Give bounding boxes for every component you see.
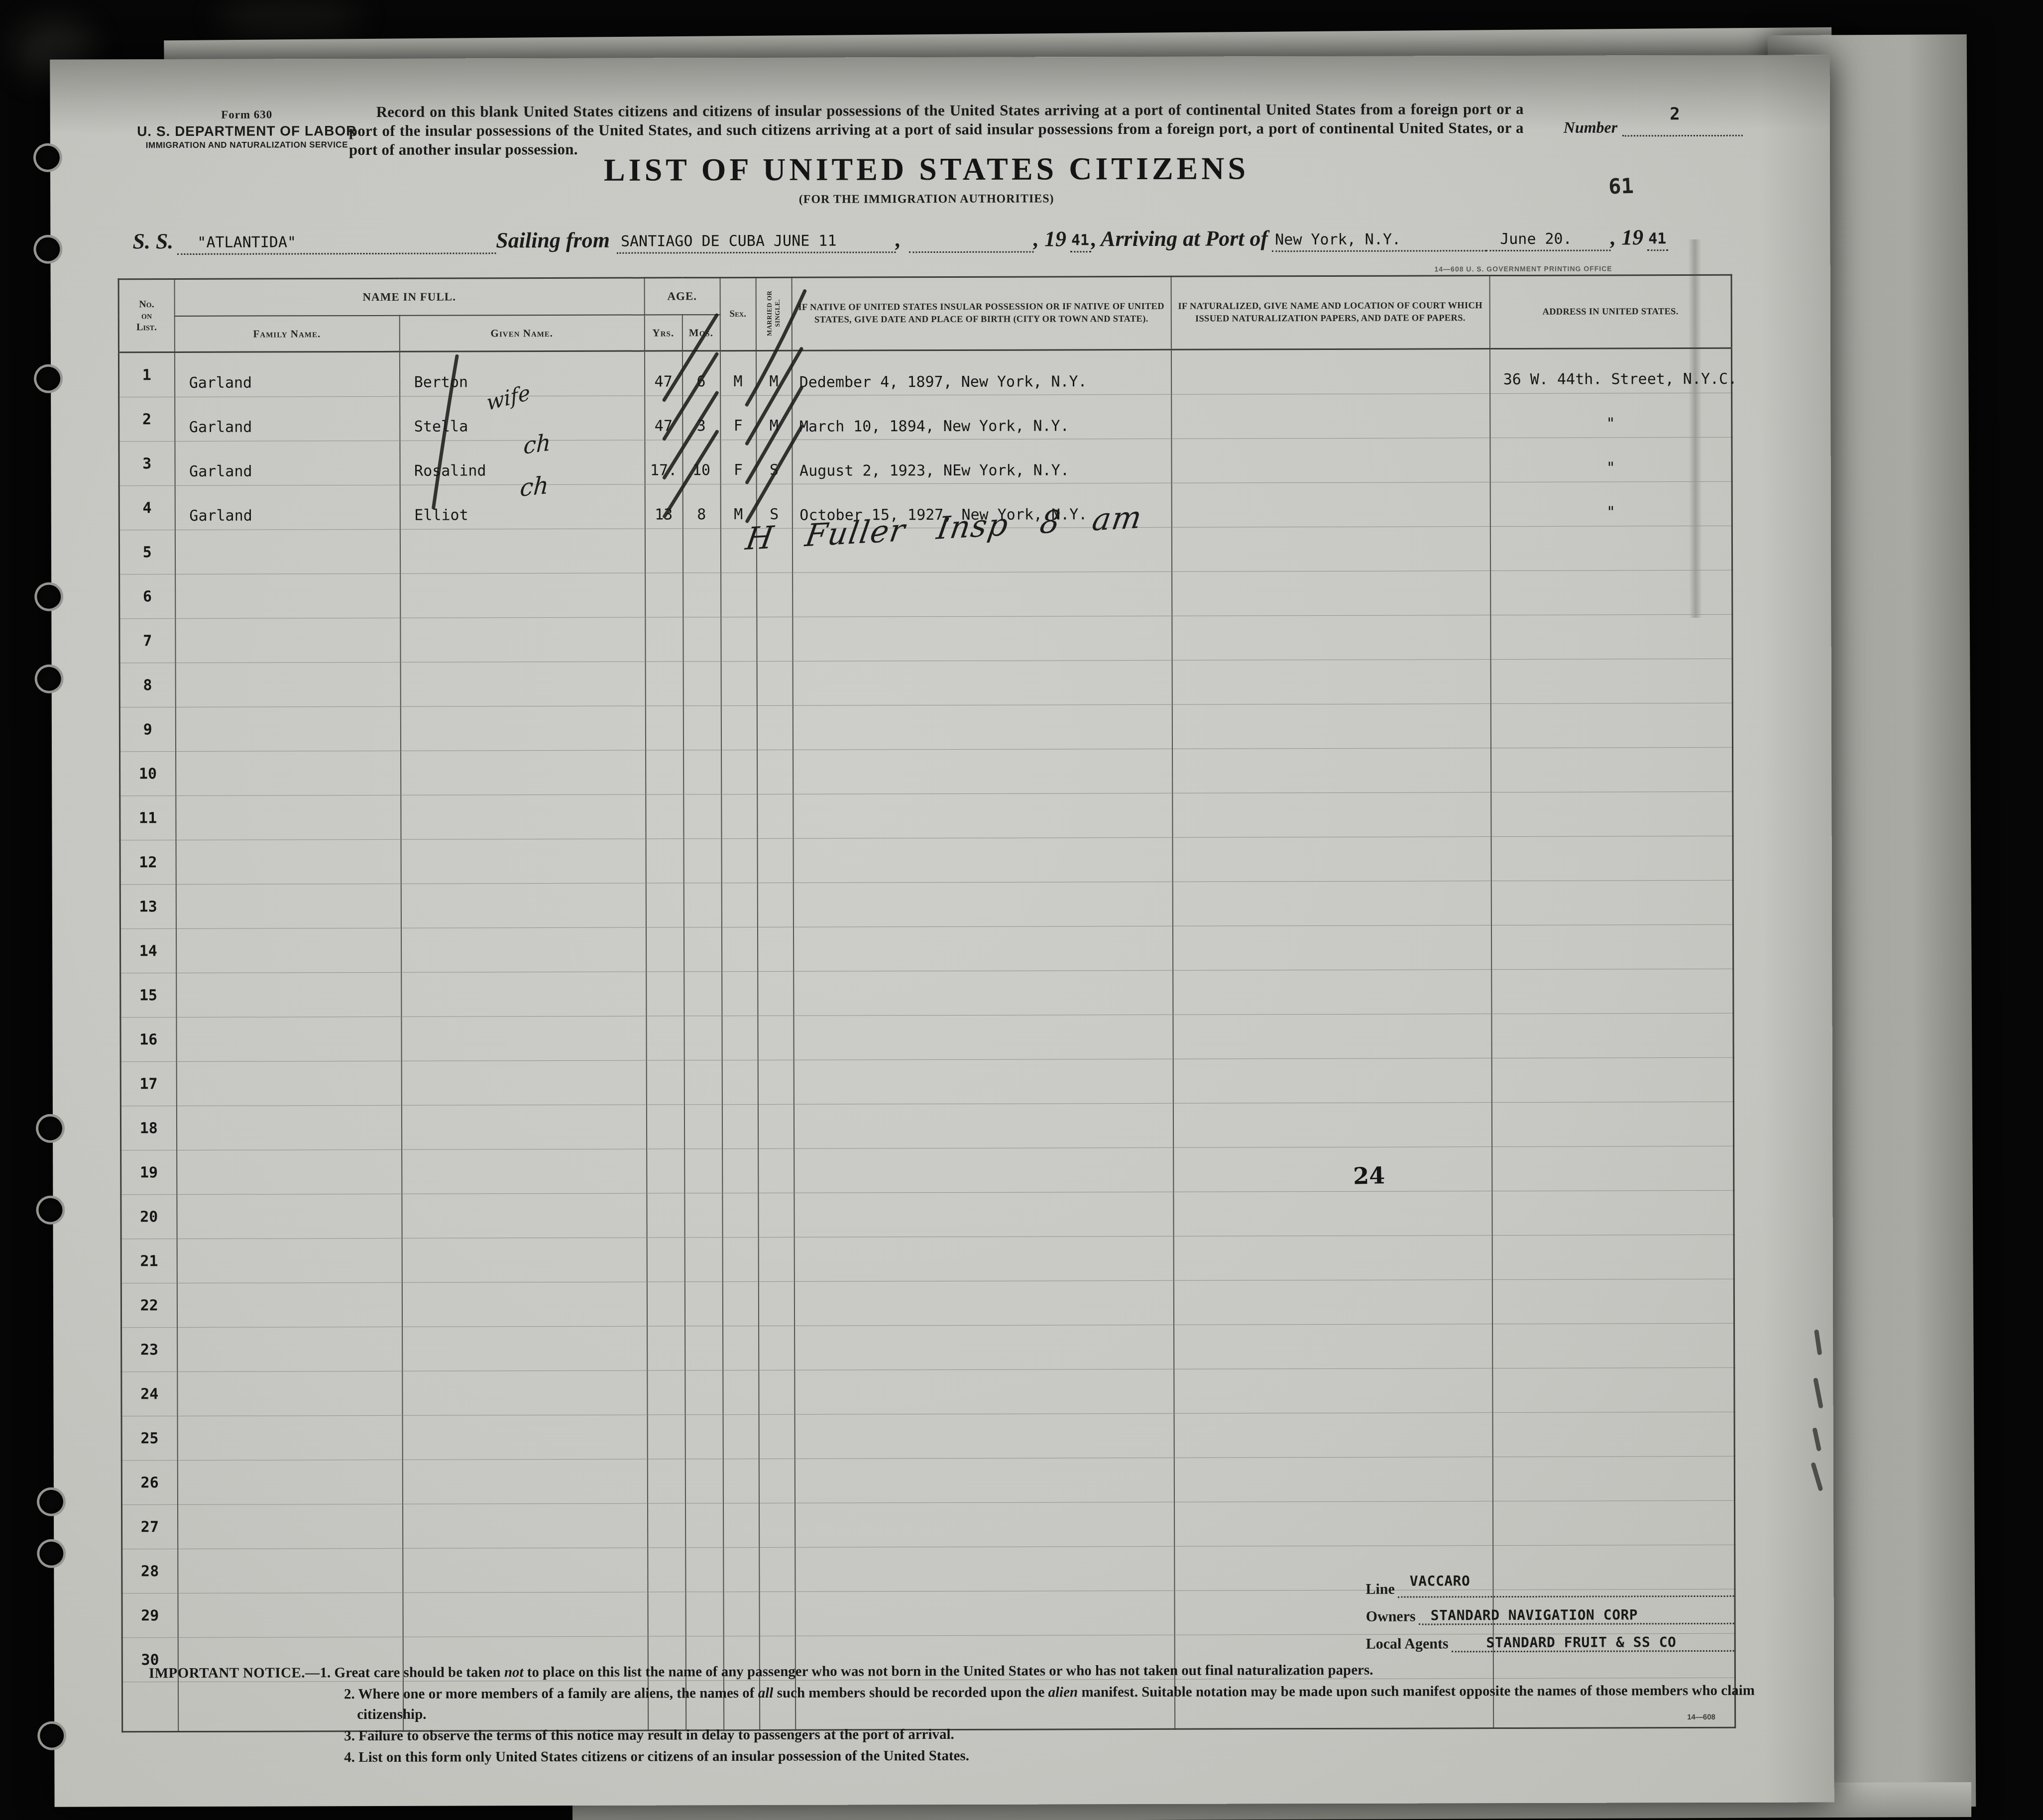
notice-item: 2. Where one or more members of a family…: [149, 1681, 1792, 1726]
cell-family: [175, 618, 400, 663]
cell-naturalized: [1171, 349, 1489, 395]
cell-no: 19: [121, 1150, 177, 1195]
cell-no: 12: [120, 840, 176, 885]
form-id-block: Form 630 U. S. DEPARTMENT OF LABOR IMMIG…: [120, 108, 374, 150]
cell-address: [1490, 570, 1732, 615]
cell-naturalized: [1174, 1501, 1493, 1547]
cell-yrs: [647, 1282, 684, 1326]
cell-mos: 6: [682, 351, 720, 396]
cell-sex: [721, 838, 757, 883]
cell-married: [759, 1547, 795, 1592]
cell-address: [1491, 924, 1733, 969]
table-row: 26: [121, 1456, 1734, 1504]
cell-married: [757, 705, 793, 750]
cell-married: S: [756, 440, 792, 484]
header-yrs: Yrs.: [644, 315, 682, 351]
arriving-label: Arriving at Port of: [1101, 226, 1272, 252]
cell-address: [1492, 1146, 1734, 1191]
cell-sex: [722, 1148, 758, 1193]
edge-pen-marks: [1813, 1332, 1821, 1488]
cell-mos: [683, 927, 721, 972]
cell-sex: [721, 927, 757, 971]
cell-family: [175, 529, 400, 574]
cell-naturalized: [1171, 438, 1490, 483]
cell-married: [758, 1060, 794, 1104]
cell-address: [1492, 1323, 1734, 1368]
cell-sex: [722, 1060, 758, 1104]
table-row: 18: [120, 1102, 1733, 1150]
cell-given: [402, 1326, 647, 1371]
number-field: Number 2: [1564, 115, 1743, 137]
cell-family: [177, 1327, 402, 1371]
agents-label: Local Agents: [1366, 1635, 1449, 1652]
cell-family: [176, 1061, 401, 1106]
table-row: 20: [121, 1190, 1734, 1239]
number-label: Number: [1564, 118, 1618, 136]
cell-yrs: [645, 706, 683, 750]
cell-no: 5: [119, 530, 175, 574]
cell-naturalized: [1172, 793, 1491, 838]
cell-birth: [794, 1413, 1174, 1459]
table-row: 11: [120, 792, 1733, 840]
cell-sex: [723, 1547, 759, 1592]
cell-given: [402, 1282, 647, 1327]
arriving-port: New York, N.Y.: [1275, 231, 1401, 249]
line-value: VACCARO: [1410, 1573, 1471, 1589]
cell-yrs: [648, 1592, 685, 1636]
cell-no: 15: [120, 973, 176, 1018]
cell-sex: [723, 1414, 759, 1459]
number-value: 2: [1670, 104, 1680, 124]
header-name-in-full: NAME IN FULL.: [174, 278, 644, 316]
cell-no: 14: [120, 929, 176, 973]
cell-yrs: [646, 927, 683, 972]
cell-address: [1491, 880, 1733, 925]
cell-birth: March 10, 1894, New York, N.Y.: [792, 394, 1171, 440]
punch-hole: [35, 665, 64, 693]
cell-no: 8: [119, 663, 175, 707]
cell-given: [402, 1193, 647, 1238]
cell-family: [178, 1548, 403, 1593]
sailing-from-field: SANTIAGO DE CUBA JUNE 11: [617, 226, 896, 253]
cell-family: [176, 884, 401, 928]
cell-address: 36 W. 44th. Street, N.Y.C.: [1489, 348, 1731, 393]
cell-sex: [722, 1281, 758, 1326]
notice-item: 4. List on this form only United States …: [149, 1744, 1792, 1769]
header-no-on-list: No. on List.: [118, 279, 174, 352]
cell-yrs: 47: [644, 351, 682, 396]
cell-given: [400, 573, 645, 618]
agents-field: Local Agents STANDARD FRUIT & SS CO: [1366, 1631, 1734, 1653]
table-row: 27: [122, 1500, 1735, 1549]
cell-yrs: [646, 750, 683, 795]
cell-no: 3: [119, 442, 175, 486]
cell-naturalized: [1171, 527, 1490, 572]
cell-naturalized: [1173, 970, 1491, 1015]
cell-naturalized: [1173, 1191, 1492, 1237]
table-row: 1GarlandBerton476MMDedember 4, 1897, New…: [118, 348, 1731, 397]
page-subtitle: (FOR THE IMMIGRATION AUTHORITIES): [329, 191, 1524, 208]
cell-address: [1490, 614, 1732, 659]
cell-married: [757, 838, 793, 883]
punch-hole: [33, 143, 62, 172]
cell-family: Garland: [175, 485, 400, 530]
cell-given: [403, 1592, 648, 1637]
table-row: 25: [121, 1412, 1734, 1460]
cell-address: [1490, 526, 1732, 570]
cell-address: [1493, 1500, 1735, 1545]
cell-birth: [793, 749, 1172, 794]
cell-family: Garland: [175, 441, 400, 485]
cell-sex: [723, 1326, 759, 1370]
cell-naturalized: [1172, 748, 1491, 794]
cell-birth: [794, 1236, 1173, 1281]
cell-naturalized: [1171, 482, 1490, 528]
header-address: ADDRESS IN UNITED STATES.: [1489, 275, 1731, 348]
cell-sex: [721, 883, 757, 927]
cell-no: 7: [119, 619, 175, 663]
cell-family: Garland: [175, 396, 400, 441]
table-row: 22: [121, 1279, 1734, 1327]
cell-mos: [683, 883, 721, 927]
header-married-or-single: MARRIED OR SINGLE.: [756, 277, 792, 350]
cell-address: [1491, 969, 1733, 1014]
header-mos: Mos.: [682, 315, 720, 350]
cell-birth: [794, 1059, 1173, 1104]
manifest-table: No. on List. NAME IN FULL. AGE. Sex. MAR…: [118, 274, 1735, 1732]
cell-yrs: [647, 1193, 684, 1238]
form-number: Form 630: [120, 108, 374, 122]
cell-mos: [684, 1238, 722, 1282]
cell-mos: [684, 1193, 722, 1238]
cell-birth: August 2, 1923, NEw York, N.Y.: [792, 439, 1171, 484]
table-row: 19: [121, 1146, 1734, 1194]
cell-family: [177, 1282, 402, 1327]
cell-sex: [723, 1592, 759, 1636]
cell-family: [177, 1460, 402, 1504]
notice-item: 3. Failure to observe the terms of this …: [149, 1722, 1792, 1747]
cell-married: [758, 1016, 794, 1060]
cell-birth: [794, 970, 1173, 1016]
cell-sex: [721, 572, 757, 617]
cell-family: [178, 1504, 403, 1549]
cell-married: [758, 1104, 794, 1148]
arriving-port-field: New York, N.Y.: [1272, 224, 1486, 252]
table-row: 15: [120, 969, 1733, 1017]
cell-address: ": [1490, 437, 1732, 482]
table-row: 16: [120, 1013, 1733, 1061]
cell-sex: [722, 1104, 758, 1148]
cell-no: 2: [119, 397, 175, 442]
cell-given: [401, 1060, 646, 1105]
sailing-label: Sailing from: [496, 227, 614, 254]
cell-mos: [685, 1592, 723, 1636]
cell-naturalized: [1172, 925, 1491, 971]
cell-given: [401, 927, 646, 972]
header-naturalized: IF NATURALIZED, GIVE NAME AND LOCATION O…: [1171, 276, 1489, 350]
cell-given: [403, 1503, 648, 1548]
cell-birth: [795, 1591, 1174, 1636]
cell-mos: [684, 1282, 722, 1326]
cell-married: [759, 1370, 794, 1414]
cell-married: [759, 1503, 795, 1547]
cell-naturalized: [1173, 1058, 1491, 1104]
cell-yrs: 13: [645, 484, 682, 529]
number-line: 2: [1622, 115, 1743, 137]
cell-sex: [722, 1016, 758, 1060]
cell-no: 28: [122, 1549, 178, 1593]
cell-naturalized: [1173, 1147, 1492, 1192]
cell-family: [175, 573, 400, 618]
cell-given: [400, 529, 645, 573]
cell-sex: F: [720, 440, 756, 484]
cell-address: [1492, 1412, 1734, 1457]
year-prefix-1: , 19: [1033, 226, 1070, 252]
cell-birth: [793, 704, 1172, 750]
arriving-date: June 20.: [1500, 230, 1572, 248]
cell-given: [402, 1415, 647, 1460]
cell-sex: [722, 1237, 758, 1281]
cell-yrs: [647, 1459, 685, 1503]
cell-mos: 8: [682, 484, 720, 529]
cell-yrs: [645, 529, 682, 573]
cell-birth: [793, 660, 1172, 705]
cell-address: [1491, 792, 1733, 836]
cell-mos: 3: [682, 396, 720, 440]
cell-yrs: 47: [645, 396, 682, 440]
cell-naturalized: [1174, 1413, 1492, 1458]
cell-yrs: [646, 1060, 684, 1105]
blank-date-field: [909, 226, 1033, 253]
cell-family: [177, 1415, 402, 1460]
cell-family: Garland: [174, 351, 399, 397]
arriving-date-field: June 20.: [1486, 224, 1610, 251]
notice-item: IMPORTANT NOTICE.—1. Great care should b…: [149, 1659, 1792, 1684]
scan-smudge: [214, 0, 363, 35]
cell-birth: [795, 1502, 1174, 1547]
cell-yrs: [647, 1326, 685, 1370]
cell-naturalized: [1174, 1324, 1492, 1369]
cell-address: [1490, 703, 1732, 748]
page-title: LIST OF UNITED STATES CITIZENS: [329, 149, 1524, 189]
cell-mos: [684, 1060, 722, 1105]
cell-birth: [793, 571, 1172, 617]
cell-sex: [723, 1370, 759, 1414]
table-row: 12: [120, 836, 1733, 884]
cell-no: 13: [120, 885, 176, 929]
cell-married: [757, 927, 793, 971]
cell-yrs: [645, 617, 683, 662]
cell-sex: [721, 617, 757, 661]
cell-sex: F: [720, 395, 756, 440]
cell-married: [757, 572, 793, 617]
cell-naturalized: [1174, 1457, 1492, 1502]
cell-yrs: [647, 1370, 685, 1415]
cell-birth: Dedember 4, 1897, New York, N.Y.: [792, 349, 1171, 395]
comma-after-year-1: ,: [1091, 226, 1101, 252]
table-row: 2GarlandStella473FMMarch 10, 1894, New Y…: [119, 393, 1732, 441]
important-notice: IMPORTANT NOTICE.—1. Great care should b…: [149, 1659, 1792, 1770]
cell-given: [401, 1105, 646, 1149]
cell-family: [177, 1238, 402, 1283]
voyage-line: S. S. "ATLANTIDA" Sailing from SANTIAGO …: [132, 224, 1725, 255]
cell-given: [401, 839, 646, 884]
cell-naturalized: [1172, 881, 1491, 926]
cell-family: [176, 972, 401, 1017]
cell-married: [758, 1237, 794, 1281]
cell-birth: [794, 1147, 1173, 1193]
cell-family: [176, 1017, 401, 1061]
table-row: 6: [119, 570, 1732, 618]
cell-yrs: [646, 1105, 684, 1149]
cell-mos: [684, 1105, 722, 1149]
cell-birth: [793, 837, 1172, 883]
cell-address: [1490, 659, 1732, 703]
table-row: 10: [120, 747, 1733, 796]
punch-hole: [37, 1721, 66, 1750]
cell-address: ": [1490, 393, 1732, 438]
document-page: Form 630 U. S. DEPARTMENT OF LABOR IMMIG…: [50, 55, 1834, 1807]
scan-background: { "form": { "form_no": "Form 630", "depa…: [0, 0, 2043, 1820]
cell-yrs: [646, 795, 683, 839]
table-row: 23: [121, 1323, 1734, 1371]
cell-married: [758, 971, 794, 1016]
cell-birth: [794, 1369, 1174, 1414]
header-given-name: Given Name.: [399, 315, 644, 351]
cell-sex: [723, 1503, 759, 1547]
cell-family: [176, 839, 401, 884]
cell-sex: [721, 750, 757, 794]
cell-married: [757, 750, 793, 794]
cell-birth: [794, 1325, 1174, 1370]
table-row: 13: [120, 880, 1733, 928]
cell-sex: [721, 794, 757, 838]
cell-no: 16: [120, 1018, 176, 1062]
cell-birth: [795, 1546, 1174, 1592]
cell-yrs: [647, 1149, 684, 1193]
cell-mos: [684, 1016, 722, 1060]
cell-given: [401, 972, 646, 1017]
cell-sex: M: [720, 350, 756, 395]
cell-mos: [682, 529, 720, 573]
cell-married: [759, 1326, 794, 1370]
cell-family: [176, 751, 401, 796]
cell-yrs: [647, 1238, 684, 1282]
cell-sex: [722, 1193, 758, 1237]
cell-married: [759, 1459, 794, 1503]
punch-hole: [34, 582, 63, 611]
cell-birth: [793, 616, 1172, 661]
cell-given: [402, 1238, 647, 1282]
cell-naturalized: [1173, 1014, 1491, 1059]
cell-no: 26: [121, 1461, 177, 1505]
cell-mos: [685, 1415, 723, 1459]
cell-married: M: [756, 395, 792, 440]
cell-married: [758, 1193, 794, 1237]
ship-name-field: "ATLANTIDA": [177, 227, 496, 255]
cell-married: [759, 1592, 795, 1636]
cell-naturalized: [1174, 1368, 1492, 1414]
cell-yrs: [648, 1548, 685, 1592]
cell-given: [400, 662, 645, 706]
table-row: 14: [120, 924, 1733, 973]
cell-mos: 10: [682, 440, 720, 484]
stamp-24: 24: [1353, 1162, 1385, 1189]
cell-married: [757, 794, 793, 838]
ss-label: S. S.: [132, 228, 177, 255]
cell-married: [757, 661, 793, 705]
agents-value: STANDARD FRUIT & SS CO: [1486, 1634, 1677, 1651]
cell-address: [1491, 836, 1733, 881]
cell-mos: [683, 617, 721, 662]
cell-mos: [685, 1548, 723, 1592]
cell-address: [1492, 1235, 1734, 1279]
cell-married: [759, 1414, 794, 1459]
cell-given: [400, 706, 645, 751]
cell-family: [176, 1105, 401, 1150]
ship-owner-block: Line VACCARO Owners STANDARD NAVIGATION …: [1365, 1577, 1734, 1660]
cell-birth: [794, 1103, 1173, 1148]
cell-no: 25: [121, 1416, 177, 1461]
cell-address: ": [1490, 481, 1732, 526]
cell-yrs: [646, 972, 684, 1016]
cell-mos: [685, 1503, 723, 1548]
cell-no: 27: [122, 1505, 178, 1549]
cell-yrs: [646, 1016, 684, 1060]
line-field: Line VACCARO: [1365, 1577, 1734, 1598]
cell-naturalized: [1172, 837, 1491, 882]
cell-family: [176, 795, 401, 840]
cell-family: [177, 1149, 402, 1194]
cell-family: [177, 1371, 402, 1416]
print-code-top: 14—608 U. S. GOVERNMENT PRINTING OFFICE: [1435, 264, 1612, 273]
cell-married: M: [756, 350, 792, 395]
line-label: Line: [1365, 1581, 1394, 1598]
cell-no: 29: [122, 1593, 178, 1638]
cell-no: 11: [120, 796, 176, 840]
cell-address: [1491, 1102, 1733, 1146]
cell-address: [1491, 747, 1733, 792]
cell-no: 18: [120, 1106, 176, 1150]
cell-mos: [684, 972, 722, 1016]
cell-mos: [683, 573, 721, 617]
cell-yrs: [645, 662, 683, 706]
page-number-stamp: 61: [1608, 173, 1634, 199]
punch-hole: [36, 1196, 65, 1225]
cell-mos: [683, 795, 721, 839]
cell-mos: [683, 706, 721, 750]
cell-no: 23: [121, 1328, 177, 1372]
cell-naturalized: [1171, 394, 1490, 439]
cell-sex: [722, 971, 758, 1016]
cell-mos: [684, 1149, 722, 1193]
cell-given: [402, 1459, 647, 1504]
header-family-name: Family Name.: [174, 316, 399, 352]
cell-family: [178, 1592, 403, 1637]
cell-given: [401, 1016, 646, 1061]
department-name: U. S. DEPARTMENT OF LABOR: [120, 122, 374, 140]
cell-given: [402, 1149, 647, 1194]
header-birth: IF NATIVE OF UNITED STATES INSULAR POSSE…: [792, 276, 1171, 350]
handwritten-relationship-note: ch: [523, 429, 552, 460]
cell-married: [757, 617, 793, 661]
cell-address: [1492, 1279, 1734, 1324]
table-row: 7: [119, 614, 1732, 663]
cell-no: 10: [120, 752, 176, 796]
owners-label: Owners: [1366, 1608, 1416, 1625]
cell-given: [400, 617, 645, 662]
cell-no: 22: [121, 1283, 177, 1328]
